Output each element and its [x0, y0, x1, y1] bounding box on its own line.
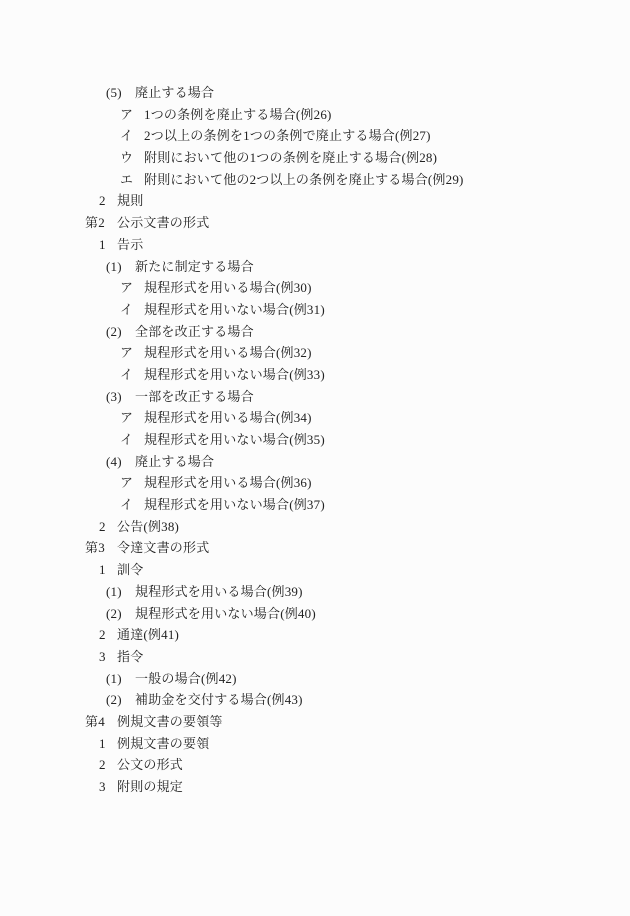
toc-line-text: 訓令 [117, 559, 143, 581]
toc-line: 1訓令 [0, 559, 630, 581]
toc-line: 第4例規文書の要領等 [0, 711, 630, 733]
toc-line-text: 規程形式を用いない場合(例31) [144, 299, 325, 321]
toc-line-label: 1 [99, 559, 117, 581]
toc-line: イ規程形式を用いない場合(例31) [0, 299, 630, 321]
toc-line-text: 規程形式を用いない場合(例33) [144, 364, 325, 386]
toc-list: (5)廃止する場合ア1つの条例を廃止する場合(例26)イ2つ以上の条例を1つの条… [0, 0, 630, 798]
toc-line: エ附則において他の2つ以上の条例を廃止する場合(例29) [0, 169, 630, 191]
toc-line: (2)補助金を交付する場合(例43) [0, 689, 630, 711]
toc-line-label: 2 [99, 624, 117, 646]
toc-line-text: 規程形式を用いる場合(例32) [144, 342, 312, 364]
toc-line-label: ア [120, 407, 144, 429]
toc-line-label: 第3 [85, 537, 117, 559]
toc-line: 3指令 [0, 646, 630, 668]
toc-line: 第3令達文書の形式 [0, 537, 630, 559]
toc-line-text: 補助金を交付する場合(例43) [135, 689, 303, 711]
toc-line-label: (1) [106, 668, 135, 690]
toc-line-text: 一部を改正する場合 [135, 386, 254, 408]
toc-line-label: ア [120, 472, 144, 494]
toc-line: 1告示 [0, 234, 630, 256]
toc-line: (3)一部を改正する場合 [0, 386, 630, 408]
toc-line-text: 規程形式を用いる場合(例30) [144, 277, 312, 299]
toc-line-text: 規程形式を用いない場合(例40) [135, 603, 316, 625]
toc-line: 2公文の形式 [0, 754, 630, 776]
toc-line: (1)新たに制定する場合 [0, 256, 630, 278]
document-page: (5)廃止する場合ア1つの条例を廃止する場合(例26)イ2つ以上の条例を1つの条… [0, 0, 630, 916]
toc-line: イ規程形式を用いない場合(例35) [0, 429, 630, 451]
toc-line-label: (5) [106, 82, 135, 104]
toc-line: ウ附則において他の1つの条例を廃止する場合(例28) [0, 147, 630, 169]
toc-line-label: 1 [99, 733, 117, 755]
toc-line: (2)規程形式を用いない場合(例40) [0, 603, 630, 625]
toc-line: イ規程形式を用いない場合(例37) [0, 494, 630, 516]
toc-line-label: 2 [99, 516, 117, 538]
toc-line-label: 第2 [85, 212, 117, 234]
toc-line-label: ア [120, 104, 144, 126]
toc-line-text: 規則 [117, 190, 143, 212]
toc-line-text: 令達文書の形式 [117, 537, 209, 559]
toc-line: 3附則の規定 [0, 776, 630, 798]
toc-line-text: 通達(例41) [117, 624, 179, 646]
toc-line-text: 廃止する場合 [135, 451, 214, 473]
toc-line: ア規程形式を用いる場合(例30) [0, 277, 630, 299]
toc-line-text: 指令 [117, 646, 143, 668]
toc-line: ア規程形式を用いる場合(例32) [0, 342, 630, 364]
toc-line-label: イ [120, 429, 144, 451]
toc-line-label: (4) [106, 451, 135, 473]
toc-line-label: 1 [99, 234, 117, 256]
toc-line-label: (1) [106, 581, 135, 603]
toc-line-text: 附則の規定 [117, 776, 183, 798]
toc-line-label: (3) [106, 386, 135, 408]
toc-line-text: 規程形式を用いる場合(例39) [135, 581, 303, 603]
toc-line-text: 一般の場合(例42) [135, 668, 237, 690]
toc-line-text: 公告(例38) [117, 516, 179, 538]
toc-line-text: 例規文書の要領 [117, 733, 209, 755]
toc-line-text: 例規文書の要領等 [117, 711, 223, 733]
toc-line-text: 規程形式を用いる場合(例34) [144, 407, 312, 429]
toc-line-text: 附則において他の2つ以上の条例を廃止する場合(例29) [144, 169, 464, 191]
toc-line-label: イ [120, 494, 144, 516]
toc-line: ア1つの条例を廃止する場合(例26) [0, 104, 630, 126]
toc-line-text: 新たに制定する場合 [135, 256, 254, 278]
toc-line: イ規程形式を用いない場合(例33) [0, 364, 630, 386]
toc-line: 第2公示文書の形式 [0, 212, 630, 234]
toc-line-label: イ [120, 299, 144, 321]
toc-line: 2通達(例41) [0, 624, 630, 646]
toc-line-label: 2 [99, 190, 117, 212]
toc-line-label: ウ [120, 147, 144, 169]
toc-line-text: 告示 [117, 234, 143, 256]
toc-line-text: 公示文書の形式 [117, 212, 209, 234]
toc-line: (1)規程形式を用いる場合(例39) [0, 581, 630, 603]
toc-line: (5)廃止する場合 [0, 82, 630, 104]
toc-line-text: 2つ以上の条例を1つの条例で廃止する場合(例27) [144, 125, 431, 147]
toc-line-label: イ [120, 125, 144, 147]
toc-line-label: イ [120, 364, 144, 386]
toc-line: (1)一般の場合(例42) [0, 668, 630, 690]
toc-line-label: (2) [106, 689, 135, 711]
toc-line-label: (2) [106, 603, 135, 625]
toc-line-text: 規程形式を用いない場合(例37) [144, 494, 325, 516]
toc-line-text: 附則において他の1つの条例を廃止する場合(例28) [144, 147, 437, 169]
toc-line: (4)廃止する場合 [0, 451, 630, 473]
toc-line-label: 第4 [85, 711, 117, 733]
toc-line: 1例規文書の要領 [0, 733, 630, 755]
toc-line-text: 規程形式を用いない場合(例35) [144, 429, 325, 451]
toc-line-label: (2) [106, 321, 135, 343]
toc-line-label: (1) [106, 256, 135, 278]
toc-line-label: ア [120, 277, 144, 299]
toc-line-label: 3 [99, 776, 117, 798]
toc-line: (2)全部を改正する場合 [0, 321, 630, 343]
toc-line-label: 3 [99, 646, 117, 668]
toc-line-text: 廃止する場合 [135, 82, 214, 104]
toc-line: ア規程形式を用いる場合(例36) [0, 472, 630, 494]
toc-line-text: 公文の形式 [117, 754, 183, 776]
toc-line-label: 2 [99, 754, 117, 776]
toc-line-label: エ [120, 169, 144, 191]
toc-line: 2公告(例38) [0, 516, 630, 538]
toc-line-text: 全部を改正する場合 [135, 321, 254, 343]
toc-line-label: ア [120, 342, 144, 364]
toc-line-text: 規程形式を用いる場合(例36) [144, 472, 312, 494]
toc-line: イ2つ以上の条例を1つの条例で廃止する場合(例27) [0, 125, 630, 147]
toc-line: 2規則 [0, 190, 630, 212]
toc-line: ア規程形式を用いる場合(例34) [0, 407, 630, 429]
toc-line-text: 1つの条例を廃止する場合(例26) [144, 104, 332, 126]
